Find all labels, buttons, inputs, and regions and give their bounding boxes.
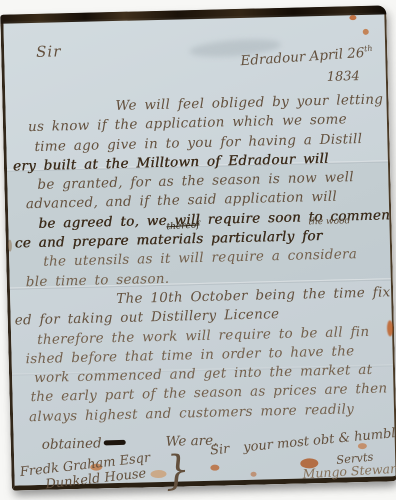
letter-paper: Sir Edradour April 26th 1834 We will fee… xyxy=(0,5,396,490)
letter-photograph: Sir Edradour April 26th 1834 We will fee… xyxy=(0,0,396,500)
sir-word: Sir xyxy=(209,442,230,459)
closing-obtained-line: obtainedWe are, xyxy=(42,433,218,453)
rust-stain xyxy=(349,15,356,20)
year: 1834 xyxy=(327,69,360,85)
addressee-brace: } xyxy=(162,447,192,495)
salutation: Sir xyxy=(36,42,62,61)
compliment-text: your most obt & humble xyxy=(243,425,396,455)
addressee-block: Fredk Graham Esqr Dunkeld House xyxy=(19,451,152,495)
rust-stain xyxy=(8,240,12,252)
rust-stain xyxy=(250,472,256,477)
interline-insertion: the wood xyxy=(308,216,350,227)
rust-stain xyxy=(363,29,369,35)
struck-insertion: thereof xyxy=(166,220,200,232)
torn-edge-top xyxy=(0,5,386,23)
date-superscript: th xyxy=(364,44,373,54)
letter-body: We will feel obliged by your letting us … xyxy=(15,90,390,427)
rust-stain xyxy=(210,465,219,471)
ink-dash xyxy=(104,440,126,446)
obtained-word: obtained xyxy=(42,435,102,452)
